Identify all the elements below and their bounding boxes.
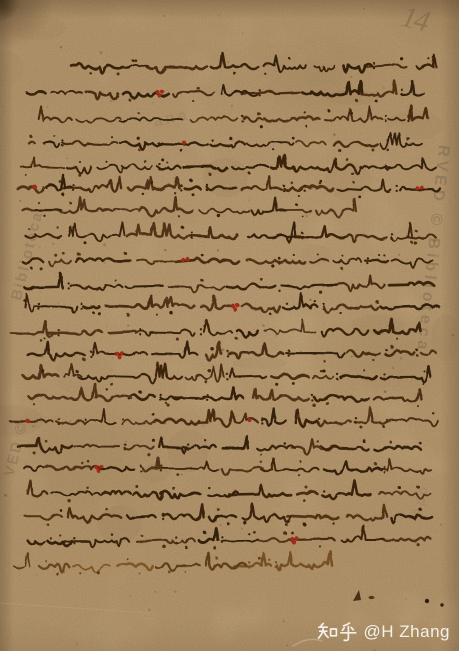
paper-crease: [0, 603, 148, 613]
photo-watermark-author: @H Zhang: [364, 622, 450, 642]
manuscript-line-19: [28, 480, 431, 502]
ink-speck: [440, 603, 443, 606]
zhihu-char-zhi: [318, 624, 336, 639]
manuscript-line-16: [10, 408, 438, 429]
manuscript-line-17: [18, 436, 422, 457]
manuscript-page-photo: RVED © BibliotecaBibliotecaVED ©anaApo 1…: [0, 0, 459, 651]
zhihu-logo-characters: [317, 622, 357, 642]
manuscript-line-9: [23, 252, 432, 271]
manuscript-line-11: [23, 293, 439, 316]
manuscript-line-20: [25, 504, 432, 526]
manuscript-line-1: [71, 53, 436, 75]
manuscript-line-3: [39, 105, 428, 128]
manuscript-line-18: [24, 458, 431, 477]
quire-mark: [353, 590, 375, 601]
manuscript-line-21: [28, 526, 432, 550]
manuscript-text-lines: [10, 53, 440, 576]
zhihu-char-hu: [340, 623, 355, 640]
manuscript-line-4: [28, 132, 422, 152]
manuscript-line-8: [26, 222, 437, 244]
manuscript-line-10: [24, 273, 434, 294]
photo-watermark: @H Zhang: [317, 622, 450, 642]
manuscript-line-22: [14, 551, 332, 576]
manuscript-ink-layer: [0, 0, 459, 651]
ink-speck: [425, 599, 429, 603]
